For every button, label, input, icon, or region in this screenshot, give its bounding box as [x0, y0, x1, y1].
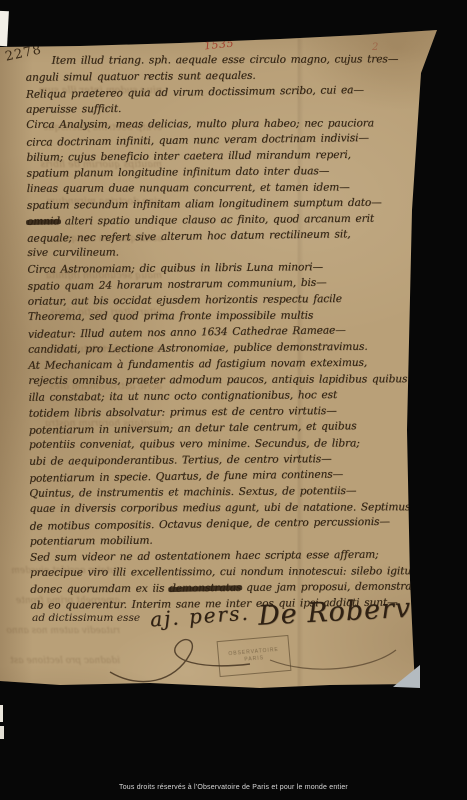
folio-number-red: 1535 [203, 36, 234, 52]
closing-line: ad dictissimum esse [32, 612, 140, 624]
library-stamp: OBSERVATOIRE PARIS [217, 635, 292, 677]
archive-photo: niuq sudom inter illa sumerutp doctrina … [0, 0, 467, 800]
stamp-line-2: PARIS [244, 655, 264, 664]
manuscript-line: Item illud triang. sph. aequale esse cir… [26, 51, 424, 69]
struck-out-word: omnid [27, 215, 60, 227]
struck-out-word: demonstratas [169, 582, 241, 595]
manuscript-page: niuq sudom inter illa sumerutp doctrina … [0, 0, 467, 800]
bleedthrough-line: idadnac pro lectione ast [0, 646, 120, 676]
edge-sliver-artifact [0, 726, 4, 739]
edge-sliver-artifact [0, 705, 3, 722]
copyright-footer: Tous droits réservés à l'Observatoire de… [0, 784, 467, 791]
white-tab-artifact [0, 11, 9, 47]
manuscript-line: potentiis conveniat, quibus vero minime.… [29, 435, 427, 453]
manuscript-line: lineas quarum duae nunquam concurrent, e… [27, 179, 425, 197]
manuscript-text-block: Item illud triang. sph. aequale esse cir… [26, 50, 429, 613]
manuscript-line: sive curvilineum. [27, 243, 425, 261]
manuscript-line: rejectis omnibus, praeter admodum paucos… [28, 371, 426, 389]
manuscript-line: praecipue viro illi excellentissimo, cui… [30, 563, 428, 581]
